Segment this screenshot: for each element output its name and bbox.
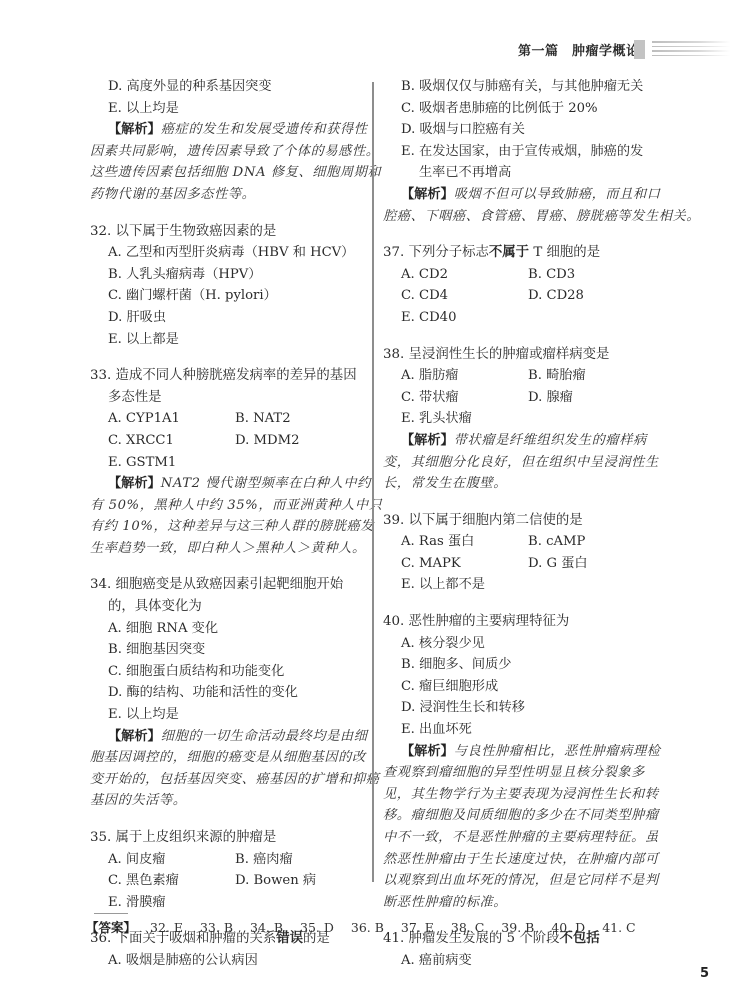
option-a: A. 细胞 RNA 变化 (90, 618, 380, 640)
explanation-line: 这些遗传因素包括细胞 DNA 修复、细胞周期和 (90, 162, 380, 184)
option-a: A. 间皮瘤 (90, 849, 235, 871)
option-e: E. 以上均是 (90, 704, 380, 726)
option-e-cont: 生率已不再增高 (383, 162, 683, 184)
explanation-label: 【解析】 (108, 476, 161, 491)
explanation-line: 胞基因调控的，细胞的癌变是从细胞基因的改 (90, 747, 380, 769)
option-b: B. NAT2 (235, 408, 291, 430)
question-32: 32. 以下属于生物致癌因素的是 A. 乙型和丙型肝炎病毒（HBV 和 HCV）… (90, 221, 380, 351)
option-e: E. 出血坏死 (383, 719, 683, 741)
explanation-label: 【解析】 (108, 729, 161, 744)
answer-item: 34. B (250, 920, 283, 935)
explanation-line: 查观察到瘤细胞的异型性明显且核分裂象多 (383, 762, 683, 784)
explanation-line: 中不一致，不是恶性肿瘤的主要病理特征。虽 (383, 827, 683, 849)
explanation-line: 【解析】细胞的一切生命活动最终均是由细 (90, 726, 380, 748)
option-e: E. 在发达国家，由于宣传戒烟，肺癌的发 (383, 141, 683, 163)
option-b: B. 畸胎瘤 (528, 365, 586, 387)
option-b: B. 癌肉瘤 (235, 849, 293, 871)
answer-item: 37. E (401, 920, 434, 935)
question-stem: 33. 造成不同人种膀胱癌发病率的差异的基因 (90, 365, 380, 387)
option-d: D. MDM2 (235, 430, 299, 452)
option-e: E. CD40 (383, 307, 683, 329)
explanation-line: 因素共同影响，遗传因素导致了个体的易感性。 (90, 141, 380, 163)
explanation-line: 断恶性肿瘤的标准。 (383, 892, 683, 914)
answer-item: 41. C (602, 920, 635, 935)
explanation-line: 生率趋势一致，即白种人＞黑种人＞黄种人。 (90, 538, 380, 560)
right-column: B. 吸烟仅仅与肺癌有关，与其他肿瘤无关 C. 吸烟者患肺癌的比例低于 20% … (383, 76, 683, 972)
question-stem: 39. 以下属于细胞内第二信使的是 (383, 510, 683, 532)
explanation-line: 【解析】带状瘤是纤维组织发生的瘤样病 (383, 430, 683, 452)
left-column: D. 高度外显的种系基因突变 E. 以上均是 【解析】癌症的发生和发展受遗传和获… (90, 76, 380, 972)
option-c: C. 带状瘤 (383, 387, 528, 409)
option-a: A. CYP1A1 (90, 408, 235, 430)
question-34: 34. 细胞癌变是从致癌因素引起靶细胞开始 的，具体变化为 A. 细胞 RNA … (90, 574, 380, 812)
answer-item: 40. D (551, 920, 585, 935)
explanation-line: 药物代谢的基因多态性等。 (90, 184, 380, 206)
header-decoration-block (634, 40, 645, 59)
explanation-label: 【解析】 (401, 433, 454, 448)
explanation-line: 腔癌、下咽癌、食管癌、胃癌、膀胱癌等发生相关。 (383, 206, 683, 228)
option-d: D. CD28 (528, 285, 584, 307)
option-b: B. 细胞基因突变 (90, 639, 380, 661)
option-a: A. 乙型和丙型肝炎病毒（HBV 和 HCV） (90, 242, 380, 264)
running-header: 第一篇 肿瘤学概论 (0, 38, 730, 62)
option-c: C. 细胞蛋白质结构和功能变化 (90, 661, 380, 683)
option-a: A. Ras 蛋白 (383, 531, 528, 553)
option-c: C. 吸烟者患肺癌的比例低于 20% (383, 98, 683, 120)
explanation-line: 【解析】与良性肿瘤相比，恶性肿瘤病理检 (383, 741, 683, 763)
explanation-line: 以观察到出血坏死的情况，但是它同样不是判 (383, 870, 683, 892)
explanation-label: 【解析】 (401, 744, 454, 759)
question-stem: 40. 恶性肿瘤的主要病理特征为 (383, 611, 683, 633)
option-c: C. CD4 (383, 285, 528, 307)
option-e: E. 以上都不是 (383, 574, 683, 596)
option-b: B. CD3 (528, 264, 575, 286)
option-b: B. 人乳头瘤病毒（HPV） (90, 264, 380, 286)
question-37: 37. 下列分子标志不属于 T 细胞的是 A. CD2 B. CD3 C. CD… (383, 242, 683, 328)
explanation-line: 有约 10%，这种差异与这三种人群的膀胱癌发 (90, 516, 380, 538)
option-a: A. 脂肪瘤 (383, 365, 528, 387)
column-divider (372, 82, 374, 882)
answer-item: 38. C (451, 920, 484, 935)
option-e: E. 以上都是 (90, 329, 380, 351)
page-number: 5 (700, 966, 709, 981)
explanation-line: 长，常发生在腹壁。 (383, 473, 683, 495)
question-38: 38. 呈浸润性生长的肿瘤或瘤样病变是 A. 脂肪瘤 B. 畸胎瘤 C. 带状瘤… (383, 344, 683, 495)
question-stem: 38. 呈浸润性生长的肿瘤或瘤样病变是 (383, 344, 683, 366)
option-d: D. 肝吸虫 (90, 307, 380, 329)
explanation-line: 【解析】NAT2 慢代谢型频率在白种人中约 (90, 473, 380, 495)
question-stem: 32. 以下属于生物致癌因素的是 (90, 221, 380, 243)
question-stem: 37. 下列分子标志不属于 T 细胞的是 (383, 242, 683, 264)
option-b: B. 吸烟仅仅与肺癌有关，与其他肿瘤无关 (383, 76, 683, 98)
option-c: C. MAPK (383, 553, 528, 575)
option-c: C. 黑色素瘤 (90, 870, 235, 892)
answer-key-rule (94, 913, 128, 914)
answer-key: 【答案】 32. E 33. B 34. B 35. D 36. B 37. E… (86, 918, 649, 938)
option-e: E. 以上均是 (90, 98, 380, 120)
explanation-line: 变开始的，包括基因突变、癌基因的扩增和抑癌 (90, 769, 380, 791)
explanation-line: 基因的失活等。 (90, 790, 380, 812)
option-b: B. cAMP (528, 531, 585, 553)
question-stem: 35. 属于上皮组织来源的肿瘤是 (90, 827, 380, 849)
question-31-tail: D. 高度外显的种系基因突变 E. 以上均是 【解析】癌症的发生和发展受遗传和获… (90, 76, 380, 206)
explanation-label: 【解析】 (108, 122, 161, 137)
option-a: A. CD2 (383, 264, 528, 286)
answer-item: 35. D (300, 920, 334, 935)
answer-item: 33. B (200, 920, 233, 935)
question-35: 35. 属于上皮组织来源的肿瘤是 A. 间皮瘤 B. 癌肉瘤 C. 黑色素瘤 D… (90, 827, 380, 913)
explanation-line: 有 50%，黑种人中约 35%，而亚洲黄种人中只 (90, 495, 380, 517)
option-e: E. 乳头状瘤 (383, 408, 683, 430)
emphasis-text: 不属于 (489, 245, 529, 260)
question-stem-cont: 的，具体变化为 (90, 596, 380, 618)
option-b: B. 细胞多、间质少 (383, 654, 683, 676)
option-c: C. 瘤巨细胞形成 (383, 676, 683, 698)
option-d: D. 吸烟与口腔癌有关 (383, 119, 683, 141)
option-d: D. Bowen 病 (235, 870, 316, 892)
option-d: D. 浸润性生长和转移 (383, 697, 683, 719)
question-stem-cont: 多态性是 (90, 387, 380, 409)
question-stem: 34. 细胞癌变是从致癌因素引起靶细胞开始 (90, 574, 380, 596)
option-c: C. 幽门螺杆菌（H. pylori） (90, 285, 380, 307)
explanation-line: 见，其生物学行为主要表现为浸润性生长和转 (383, 784, 683, 806)
answer-item: 39. B (501, 920, 534, 935)
answer-item: 32. E (150, 920, 183, 935)
option-a: A. 吸烟是肺癌的公认病因 (90, 950, 380, 972)
explanation-line: 移。瘤细胞及间质细胞的多少在不同类型肿瘤 (383, 805, 683, 827)
question-40: 40. 恶性肿瘤的主要病理特征为 A. 核分裂少见 B. 细胞多、间质少 C. … (383, 611, 683, 913)
option-d: D. 酶的结构、功能和活性的变化 (90, 682, 380, 704)
explanation-label: 【解析】 (401, 187, 454, 202)
option-c: C. XRCC1 (90, 430, 235, 452)
option-d: D. G 蛋白 (528, 553, 588, 575)
option-e: E. 滑膜瘤 (90, 892, 380, 914)
header-decoration-lines (652, 41, 730, 59)
explanation-line: 【解析】癌症的发生和发展受遗传和获得性 (90, 119, 380, 141)
explanation-line: 【解析】吸烟不但可以导致肺癌，而且和口 (383, 184, 683, 206)
explanation-line: 然恶性肿瘤由于生长速度过快，在肿瘤内部可 (383, 849, 683, 871)
answer-key-label: 【答案】 (86, 920, 136, 935)
question-36-tail: B. 吸烟仅仅与肺癌有关，与其他肿瘤无关 C. 吸烟者患肺癌的比例低于 20% … (383, 76, 683, 227)
chapter-title: 第一篇 肿瘤学概论 (518, 40, 640, 59)
option-e: E. GSTM1 (90, 452, 380, 474)
question-33: 33. 造成不同人种膀胱癌发病率的差异的基因 多态性是 A. CYP1A1 B.… (90, 365, 380, 559)
option-a: A. 癌前病变 (383, 950, 683, 972)
option-a: A. 核分裂少见 (383, 633, 683, 655)
answer-item: 36. B (351, 920, 384, 935)
question-39: 39. 以下属于细胞内第二信使的是 A. Ras 蛋白 B. cAMP C. M… (383, 510, 683, 596)
option-d: D. 腺瘤 (528, 387, 573, 409)
explanation-line: 变，其细胞分化良好，但在组织中呈浸润性生 (383, 452, 683, 474)
option-d: D. 高度外显的种系基因突变 (90, 76, 380, 98)
